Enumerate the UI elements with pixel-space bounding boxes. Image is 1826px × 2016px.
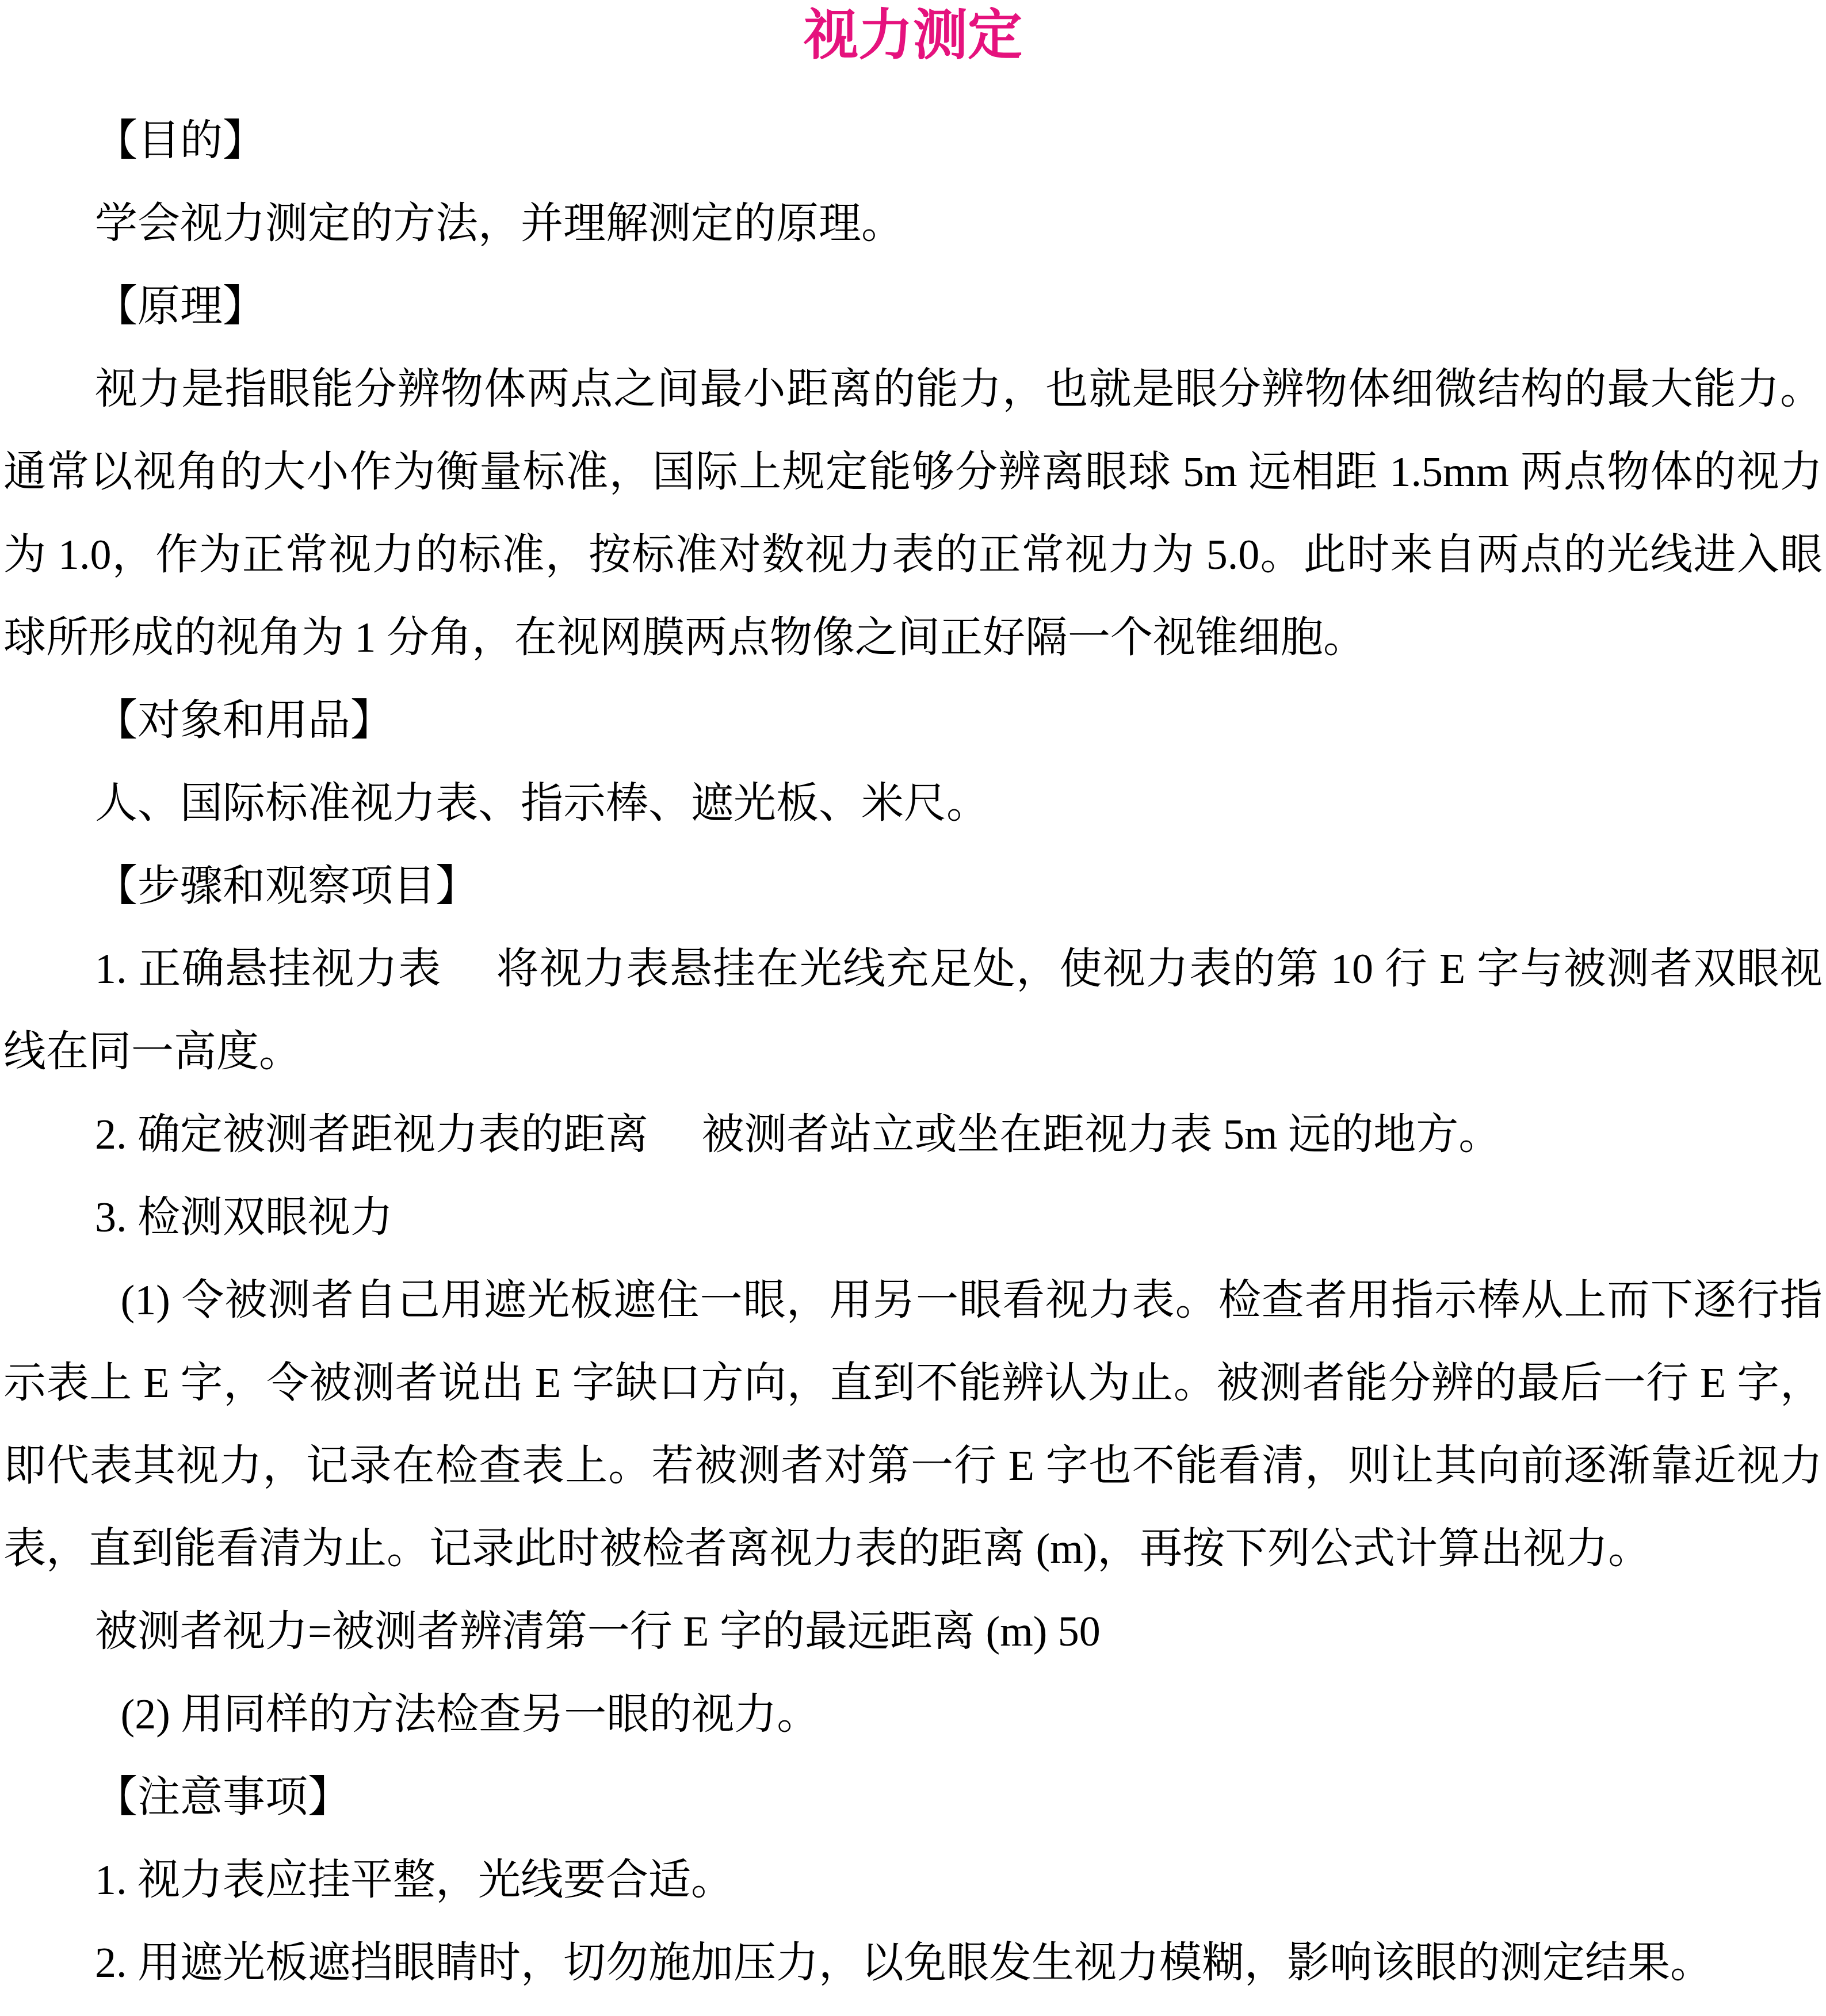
document-page: 视力测定 【目的】学会视力测定的方法，并理解测定的原理。【原理】视力是指眼能分辨… [0, 0, 1826, 2016]
paragraph: 【目的】 [3, 100, 1823, 182]
paragraph: 人、国际标准视力表、指示棒、遮光板、米尺。 [3, 762, 1823, 845]
paragraph: 3. 检测双眼视力 [3, 1176, 1823, 1259]
paragraph: 2. 用遮光板遮挡眼睛时，切勿施加压力，以免眼发生视力模糊，影响该眼的测定结果。 [3, 1922, 1823, 2004]
paragraph: (2) 用同样的方法检查另一眼的视力。 [3, 1673, 1823, 1756]
paragraph: 学会视力测定的方法，并理解测定的原理。 [3, 182, 1823, 265]
paragraph: 【对象和用品】 [3, 679, 1823, 762]
paragraph: 被测者视力=被测者辨清第一行 E 字的最远距离 (m) 50 [3, 1590, 1823, 1673]
paragraph: 1. 视力表应挂平整，光线要合适。 [3, 1839, 1823, 1922]
paragraph: 2. 确定被测者距视力表的距离 被测者站立或坐在距视力表 5m 远的地方。 [3, 1093, 1823, 1176]
paragraph: 【原理】 [3, 265, 1823, 348]
paragraph: 【步骤和观察项目】 [3, 845, 1823, 928]
paragraph: (1) 令被测者自己用遮光板遮住一眼，用另一眼看视力表。检查者用指示棒从上而下逐… [3, 1259, 1823, 1590]
paragraph: 视力是指眼能分辨物体两点之间最小距离的能力，也就是眼分辨物体细微结构的最大能力。… [3, 348, 1823, 679]
document-body: 【目的】学会视力测定的方法，并理解测定的原理。【原理】视力是指眼能分辨物体两点之… [3, 100, 1823, 2004]
paragraph: 【注意事项】 [3, 1756, 1823, 1839]
document-title: 视力测定 [3, 5, 1823, 67]
paragraph: 1. 正确悬挂视力表 将视力表悬挂在光线充足处，使视力表的第 10 行 E 字与… [3, 928, 1823, 1093]
